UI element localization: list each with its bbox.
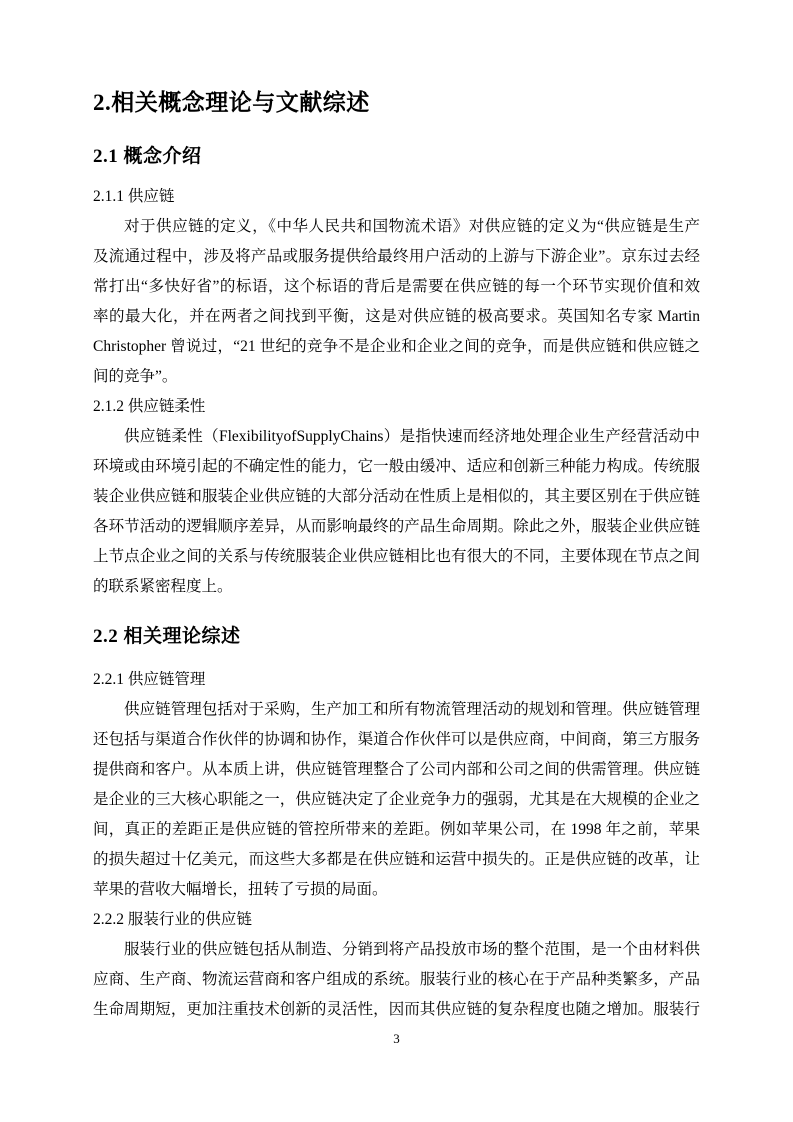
paragraph-line: 各环节活动的逻辑顺序差异，从而影响最终的产品生命周期。除此之外，服装企业供应链 <box>93 512 700 542</box>
paragraph-line: 率的最大化，并在两者之间找到平衡，这是对供应链的极高要求。英国知名专家 Mart… <box>93 302 700 332</box>
page-number: 3 <box>0 1031 793 1047</box>
paragraph-line: 上节点企业之间的关系与传统服装企业供应链相比也有很大的不同，主要体现在节点之间 <box>93 542 700 572</box>
paragraph-line: 间的竞争”。 <box>93 362 700 392</box>
paragraph-line: 应商、生产商、物流运营商和客户组成的系统。服装行业的核心在于产品种类繁多，产品 <box>93 965 700 995</box>
paragraph-line: 及流通过程中，涉及将产品或服务提供给最终用户活动的上游与下游企业”。京东过去经 <box>93 242 700 272</box>
paragraph: 供应链管理包括对于采购，生产加工和所有物流管理活动的规划和管理。供应链管理还包括… <box>93 695 700 905</box>
subsection-heading: 2.2.2 服装行业的供应链 <box>93 905 700 935</box>
paragraph-line: 的损失超过十亿美元，而这些大多都是在供应链和运营中损失的。正是供应链的改革，让 <box>93 845 700 875</box>
section-heading: 2.1 概念介绍 <box>93 144 700 170</box>
paragraph-line: 生命周期短，更加注重技术创新的灵活性，因而其供应链的复杂程度也随之增加。服装行 <box>93 995 700 1025</box>
subsection-heading: 2.1.2 供应链柔性 <box>93 392 700 422</box>
paragraph-line: 间，真正的差距正是供应链的管控所带来的差距。例如苹果公司，在 1998 年之前，… <box>93 815 700 845</box>
paragraph-line: 还包括与渠道合作伙伴的协调和协作，渠道合作伙伴可以是供应商，中间商，第三方服务 <box>93 725 700 755</box>
paragraph: 对于供应链的定义，《中华人民共和国物流术语》对供应链的定义为“供应链是生产及流通… <box>93 212 700 392</box>
subsection-heading: 2.2.1 供应链管理 <box>93 665 700 695</box>
subsection-heading: 2.1.1 供应链 <box>93 182 700 212</box>
paragraph-line: 苹果的营收大幅增长，扭转了亏损的局面。 <box>93 875 700 905</box>
paragraph: 服装行业的供应链包括从制造、分销到将产品投放市场的整个范围，是一个由材料供应商、… <box>93 935 700 1025</box>
paragraph-line: 常打出“多快好省”的标语，这个标语的背后是需要在供应链的每一个环节实现价值和效 <box>93 272 700 302</box>
paragraph-line: 供应链管理包括对于采购，生产加工和所有物流管理活动的规划和管理。供应链管理 <box>93 695 700 725</box>
paragraph-line: 提供商和客户。从本质上讲，供应链管理整合了公司内部和公司之间的供需管理。供应链 <box>93 755 700 785</box>
paragraph-line: 环境或由环境引起的不确定性的能力，它一般由缓冲、适应和创新三种能力构成。传统服 <box>93 452 700 482</box>
paragraph-line: 服装行业的供应链包括从制造、分销到将产品投放市场的整个范围，是一个由材料供 <box>93 935 700 965</box>
paragraph-line: Christopher 曾说过，“21 世纪的竞争不是企业和企业之间的竞争，而是… <box>93 332 700 362</box>
paragraph-line: 装企业供应链和服装企业供应链的大部分活动在性质上是相似的，其主要区别在于供应链 <box>93 482 700 512</box>
paragraph: 供应链柔性（FlexibilityofSupplyChains）是指快速而经济地… <box>93 422 700 602</box>
document-page: 2.相关概念理论与文献综述2.1 概念介绍2.1.1 供应链对于供应链的定义，《… <box>0 0 793 1122</box>
paragraph-line: 是企业的三大核心职能之一，供应链决定了企业竞争力的强弱，尤其是在大规模的企业之 <box>93 785 700 815</box>
paragraph-line: 供应链柔性（FlexibilityofSupplyChains）是指快速而经济地… <box>93 422 700 452</box>
paragraph-line: 的联系紧密程度上。 <box>93 572 700 602</box>
section-heading: 2.2 相关理论综述 <box>93 624 700 650</box>
chapter-title: 2.相关概念理论与文献综述 <box>93 88 700 118</box>
paragraph-line: 对于供应链的定义，《中华人民共和国物流术语》对供应链的定义为“供应链是生产 <box>93 212 700 242</box>
document-content: 2.相关概念理论与文献综述2.1 概念介绍2.1.1 供应链对于供应链的定义，《… <box>93 0 700 1025</box>
